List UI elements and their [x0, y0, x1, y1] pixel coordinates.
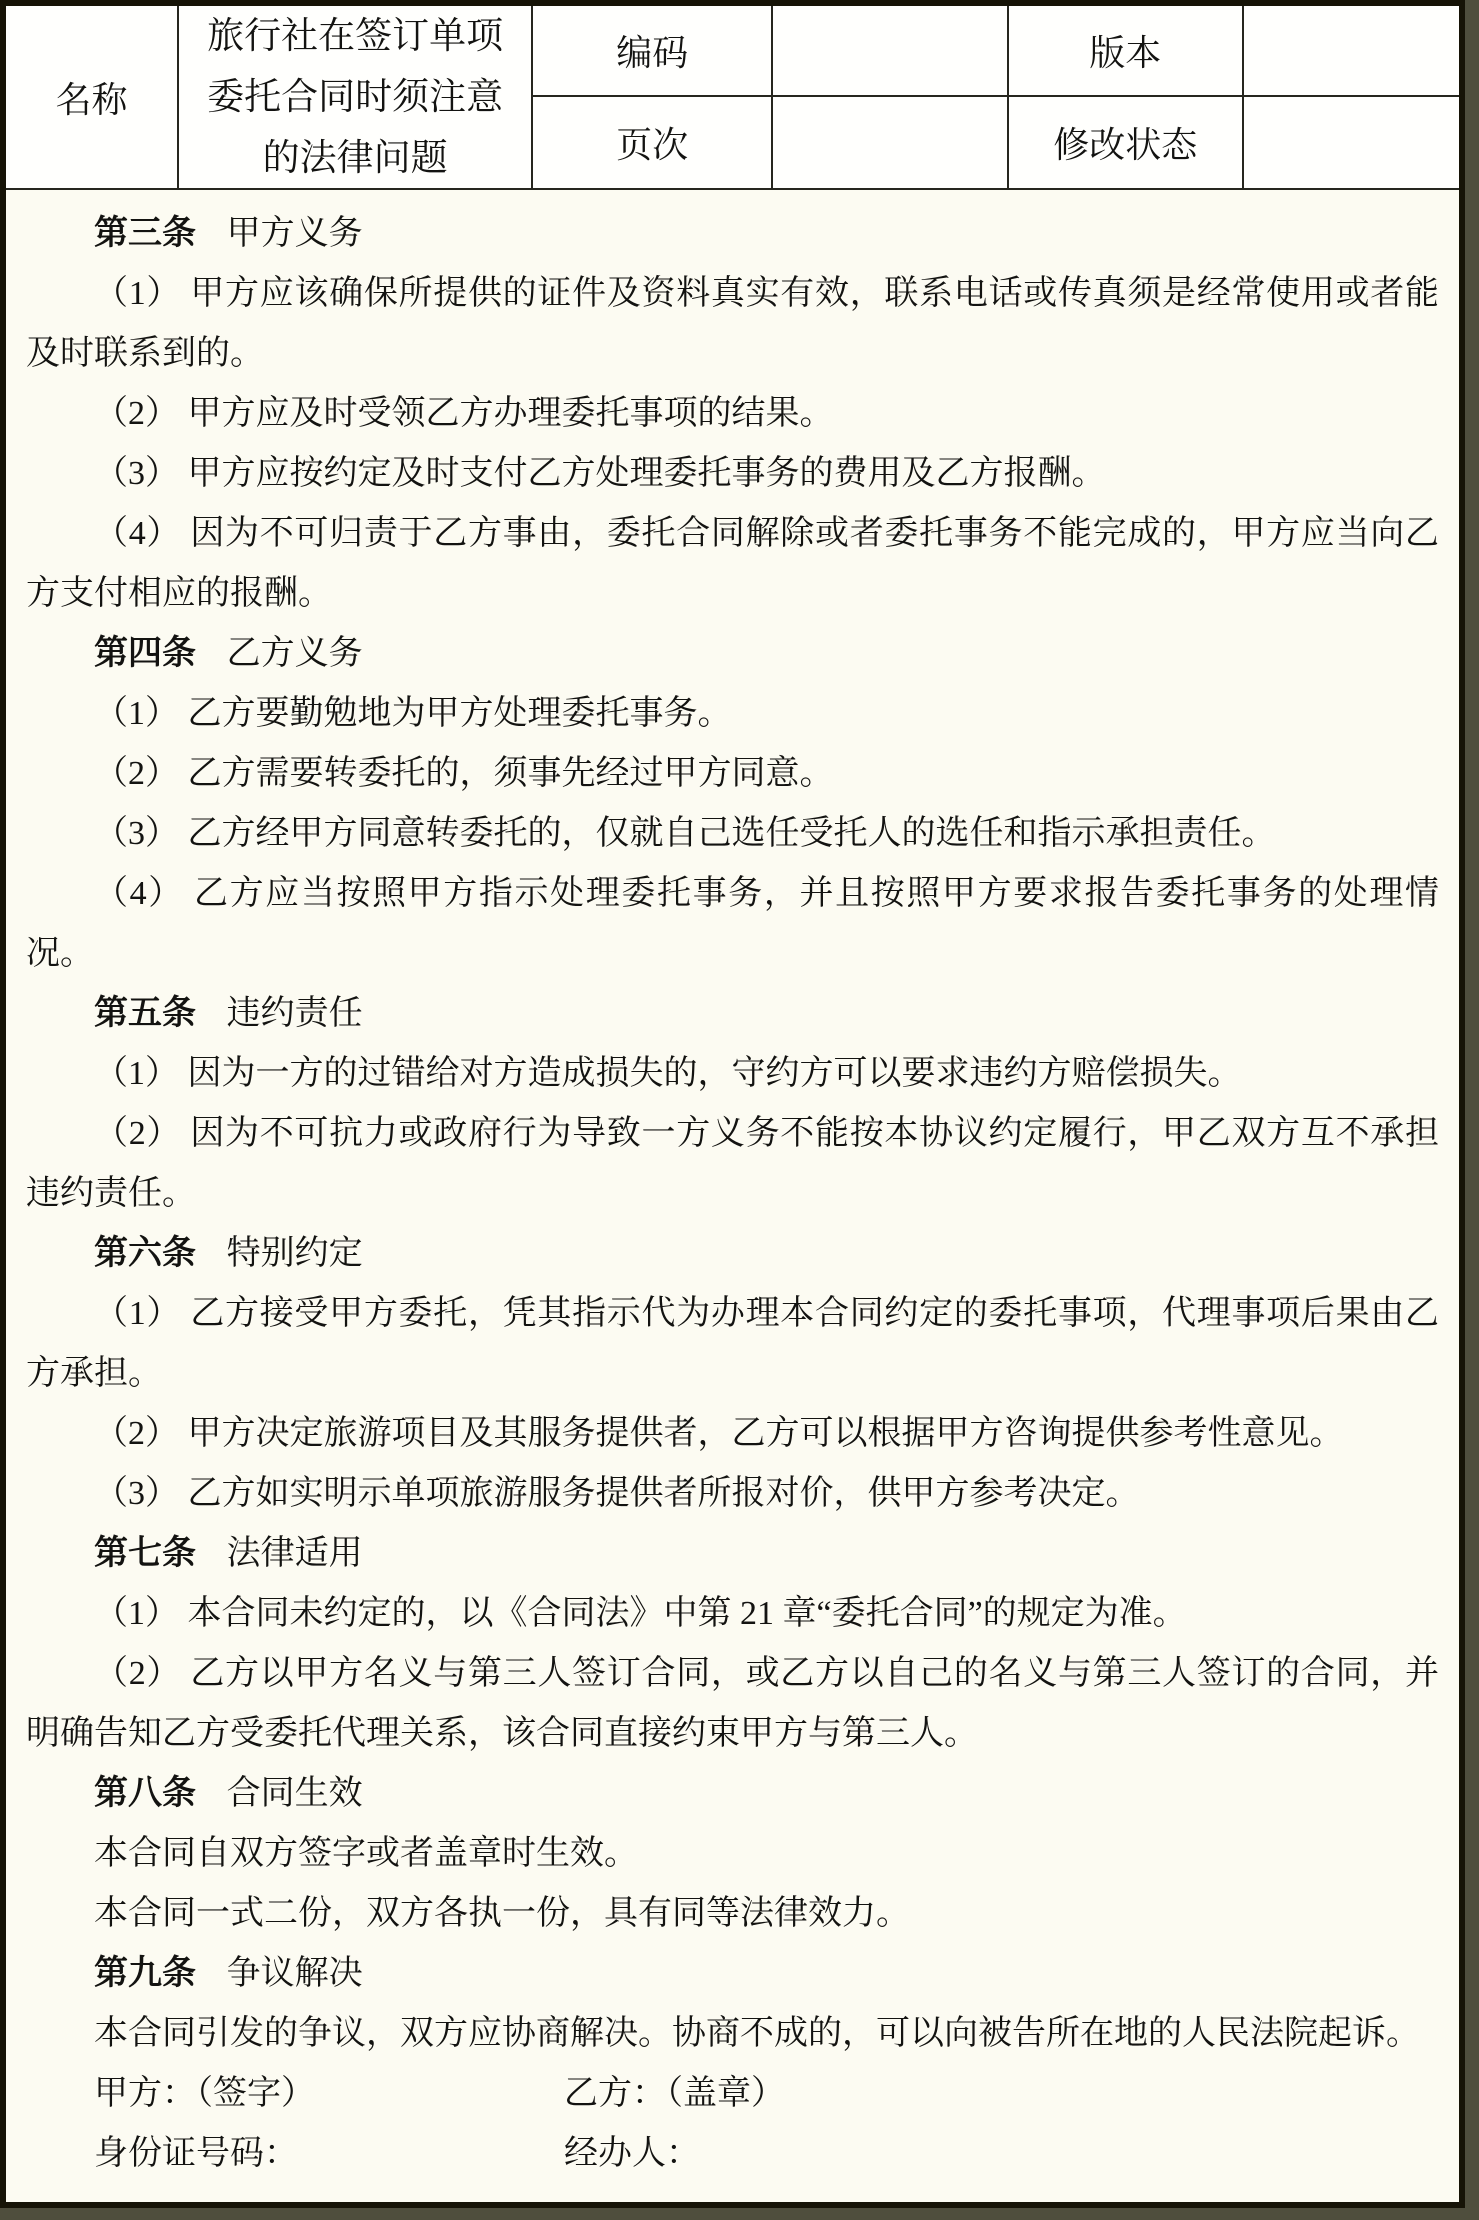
- code-label-cell: 编码: [533, 6, 773, 97]
- clause-number: 第五条: [94, 995, 196, 1032]
- scanned-document-screen: 名称 旅行社在签订单项委托合同时须注意的法律问题 编码 版本 页次: [0, 0, 1479, 2220]
- clause-title: 法律适用: [227, 1535, 363, 1572]
- clause-number: 第七条: [94, 1535, 196, 1572]
- version-value-cell: [1244, 6, 1459, 97]
- name-label-cell: 名称: [6, 6, 179, 188]
- clause-paragraph: （1） 因为一方的过错给对方造成损失的，守约方可以要求违约方赔偿损失。: [26, 1044, 1439, 1104]
- code-value-cell: [773, 6, 1008, 97]
- clause-paragraph: 本合同引发的争议，双方应协商解决。协商不成的，可以向被告所在地的人民法院起诉。: [26, 2004, 1439, 2064]
- clause-paragraph: （1） 乙方要勤勉地为甲方处理委托事务。: [26, 684, 1439, 744]
- party-b-seal-label: 乙方：（盖章）: [564, 2075, 785, 2112]
- clause-heading: 第五条违约责任: [26, 984, 1439, 1044]
- clause-title: 乙方义务: [227, 635, 363, 672]
- clause-number: 第四条: [94, 635, 196, 672]
- clause-paragraph: （1） 乙方接受甲方委托，凭其指示代为办理本合同约定的委托事项，代理事项后果由乙…: [26, 1284, 1439, 1404]
- clause-paragraph: （1） 本合同未约定的，以《合同法》中第 21 章“委托合同”的规定为准。: [26, 1584, 1439, 1644]
- clause-heading: 第六条特别约定: [26, 1224, 1439, 1284]
- document-title-cell: 旅行社在签订单项委托合同时须注意的法律问题: [179, 6, 534, 188]
- page-value-cell: [773, 97, 1008, 188]
- document-title: 旅行社在签订单项委托合同时须注意的法律问题: [201, 6, 510, 189]
- signature-row-parties: 甲方：（签字）乙方：（盖章）: [26, 2064, 1439, 2124]
- contract-body: 第三条甲方义务（1） 甲方应该确保所提供的证件及资料真实有效，联系电话或传真须是…: [6, 190, 1459, 2184]
- clause-number: 第九条: [94, 1955, 196, 1992]
- clause-title: 甲方义务: [227, 215, 363, 252]
- clause-heading: 第三条甲方义务: [26, 204, 1439, 264]
- party-a-signature-label: 甲方：（签字）: [94, 2064, 564, 2124]
- header-table: 名称 旅行社在签订单项委托合同时须注意的法律问题 编码 版本 页次: [6, 6, 1459, 190]
- clause-heading: 第八条合同生效: [26, 1764, 1439, 1824]
- page-label: 页次: [616, 117, 688, 168]
- clause-title: 争议解决: [227, 1955, 363, 1992]
- clause-number: 第三条: [94, 215, 196, 252]
- id-number-label: 身份证号码：: [94, 2124, 564, 2184]
- revision-value-cell: [1244, 97, 1459, 188]
- clause-paragraph: （4） 乙方应当按照甲方指示处理委托事务，并且按照甲方要求报告委托事务的处理情况…: [26, 864, 1439, 984]
- revision-label-cell: 修改状态: [1009, 97, 1244, 188]
- revision-label: 修改状态: [1053, 117, 1197, 168]
- clause-paragraph: （2） 甲方决定旅游项目及其服务提供者，乙方可以根据甲方咨询提供参考性意见。: [26, 1404, 1439, 1464]
- clause-paragraph: （1） 甲方应该确保所提供的证件及资料真实有效，联系电话或传真须是经常使用或者能…: [26, 264, 1439, 384]
- clause-paragraph: 本合同一式二份，双方各执一份，具有同等法律效力。: [26, 1884, 1439, 1944]
- clause-paragraph: （3） 甲方应按约定及时支付乙方处理委托事务的费用及乙方报酬。: [26, 444, 1439, 504]
- page-label-cell: 页次: [533, 97, 773, 188]
- clause-paragraph: （2） 乙方以甲方名义与第三人签订合同，或乙方以自己的名义与第三人签订的合同，并…: [26, 1644, 1439, 1764]
- clause-heading: 第四条乙方义务: [26, 624, 1439, 684]
- version-label-cell: 版本: [1009, 6, 1244, 97]
- clause-paragraph: （2） 甲方应及时受领乙方办理委托事项的结果。: [26, 384, 1439, 444]
- clause-paragraph: （3） 乙方如实明示单项旅游服务提供者所报对价，供甲方参考决定。: [26, 1464, 1439, 1524]
- clause-title: 违约责任: [227, 995, 363, 1032]
- clause-paragraph: （2） 乙方需要转委托的，须事先经过甲方同意。: [26, 744, 1439, 804]
- clause-heading: 第九条争议解决: [26, 1944, 1439, 2004]
- name-label: 名称: [55, 72, 127, 123]
- code-label: 编码: [616, 25, 688, 76]
- clause-number: 第六条: [94, 1235, 196, 1272]
- clause-title: 特别约定: [227, 1235, 363, 1272]
- signature-row-details: 身份证号码：经办人：: [26, 2124, 1439, 2184]
- clause-paragraph: （4） 因为不可归责于乙方事由，委托合同解除或者委托事务不能完成的，甲方应当向乙…: [26, 504, 1439, 624]
- clause-paragraph: （3） 乙方经甲方同意转委托的，仅就自己选任受托人的选任和指示承担责任。: [26, 804, 1439, 864]
- document-page: 名称 旅行社在签订单项委托合同时须注意的法律问题 编码 版本 页次: [0, 0, 1465, 2208]
- clause-paragraph: 本合同自双方签字或者盖章时生效。: [26, 1824, 1439, 1884]
- handler-label: 经办人：: [564, 2135, 700, 2172]
- clause-number: 第八条: [94, 1775, 196, 1812]
- clause-title: 合同生效: [227, 1775, 363, 1812]
- version-label: 版本: [1089, 25, 1161, 76]
- clause-heading: 第七条法律适用: [26, 1524, 1439, 1584]
- clause-paragraph: （2） 因为不可抗力或政府行为导致一方义务不能按本协议约定履行，甲乙双方互不承担…: [26, 1104, 1439, 1224]
